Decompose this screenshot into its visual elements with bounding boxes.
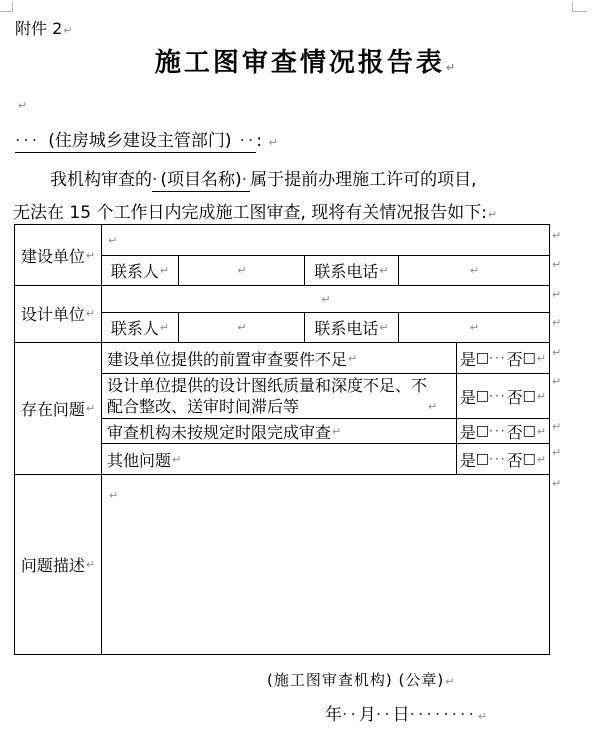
problem-text: 审查机构未按规定时限完成审查 <box>107 420 331 443</box>
space-dots: ··· <box>489 452 506 466</box>
label-text: 联系人 <box>111 316 159 339</box>
yes-checkbox[interactable]: □ <box>476 423 489 439</box>
label-text: 设计单位 <box>21 302 85 325</box>
design-unit-label-cell: 设计单位↵ <box>15 285 101 342</box>
no-checkbox[interactable]: □ <box>523 451 536 467</box>
paragraph-mark: ↵ <box>445 675 455 688</box>
paragraph-mark: ↵ <box>160 321 169 334</box>
no-label: 否 <box>507 347 523 370</box>
report-form-table: 建设单位↵ ↵ 联系人↵ ↵ 联系电话↵ ↵ 设计单位↵ ↵ 联系人↵ ↵ 联系… <box>14 224 550 655</box>
space-dots: ·· <box>376 705 393 725</box>
paragraph-mark: ↵ <box>108 234 117 247</box>
yes-checkbox[interactable]: □ <box>476 451 489 467</box>
paragraph-mark: ↵ <box>86 402 95 415</box>
intro-sentence-1: 我机构审查的·(项目名称)·属于提前办理施工许可的项目, <box>50 165 476 190</box>
row-end-mark: ↵ <box>552 446 561 459</box>
row-end-mark: ↵ <box>552 346 561 359</box>
project-name-field[interactable]: ·(项目名称)· <box>152 170 250 192</box>
design-phone-field[interactable]: ↵ <box>399 313 549 342</box>
sentence-text: 我机构审查的 <box>50 170 152 190</box>
colon: : <box>256 131 262 151</box>
description-label-cell: 问题描述↵ <box>15 474 101 654</box>
paragraph-mark: ↵ <box>428 396 437 417</box>
no-checkbox[interactable]: □ <box>523 350 536 366</box>
paragraph-mark: ↵ <box>478 710 487 723</box>
paragraph-mark: ↵ <box>348 352 357 365</box>
row-end-mark: ↵ <box>552 316 561 329</box>
contact-label-cell: 联系人↵ <box>102 313 178 342</box>
paragraph-mark: ↵ <box>268 136 277 149</box>
paragraph-mark: ↵ <box>537 352 546 365</box>
year-label: 年 <box>325 705 342 725</box>
agency-seal-line: (施工图审查机构) (公章)↵ <box>267 669 455 690</box>
problem-text: 其他问题 <box>107 448 171 471</box>
attachment-label: 附件 2↵ <box>15 16 73 39</box>
signature-text: (施工图审查机构) (公章) <box>267 671 444 689</box>
paragraph-mark: ↵ <box>470 264 479 277</box>
paragraph-mark: ↵ <box>237 321 246 334</box>
problems-label-cell: 存在问题↵ <box>15 342 101 474</box>
paragraph-mark: ↵ <box>470 321 479 334</box>
margin-crop-mark-right <box>572 2 587 12</box>
label-text: 问题描述 <box>21 553 85 576</box>
label-text: 联系电话 <box>314 316 378 339</box>
intro-sentence-2: 无法在 15 个工作日内完成施工图审查, 现将有关情况报告如下:↵ <box>13 198 497 223</box>
construction-phone-field[interactable]: ↵ <box>399 256 549 285</box>
paragraph-mark: ↵ <box>379 321 388 334</box>
row-end-mark: ↵ <box>552 420 561 433</box>
problem-text: 建设单位提供的前置审查要件不足 <box>107 347 347 370</box>
yes-checkbox[interactable]: □ <box>476 388 489 404</box>
paragraph-mark: ↵ <box>86 249 95 262</box>
title-text: 施工图审查情况报告表 <box>155 48 445 78</box>
row-end-mark: ↵ <box>552 375 561 388</box>
space-dots: ··· <box>15 131 40 151</box>
label-text: 建设单位 <box>21 244 85 267</box>
problem-row-text: 审查机构未按规定时限完成审查↵ <box>102 419 461 443</box>
space-dots: ··· <box>489 389 506 403</box>
document-page: { "page": { "attachment_label": "附件 2", … <box>0 0 613 731</box>
row-end-mark: ↵ <box>552 258 561 271</box>
row-end-mark: ↵ <box>552 229 561 242</box>
paragraph-mark: ↵ <box>63 24 72 37</box>
yes-label: 是 <box>460 420 476 443</box>
space-dots: ··· <box>489 351 506 365</box>
page-title: 施工图审查情况报告表↵ <box>0 42 613 79</box>
description-field[interactable]: ↵ <box>102 475 555 667</box>
paragraph-mark: ↵ <box>86 558 95 571</box>
attachment-text: 附件 2 <box>15 19 62 38</box>
paragraph-mark: ↵ <box>537 425 546 438</box>
department-underline-field[interactable]: ···(住房城乡建设主管部门)·· <box>15 131 256 153</box>
paragraph-mark: ↵ <box>109 489 118 502</box>
label-text: 联系人 <box>111 259 159 282</box>
yes-label: 是 <box>460 385 476 408</box>
paragraph-mark: ↵ <box>18 99 27 112</box>
paragraph-mark: ↵ <box>488 208 497 221</box>
margin-crop-mark-left <box>0 2 13 12</box>
paragraph-mark: ↵ <box>379 264 388 277</box>
space-dots: ·· <box>342 705 359 725</box>
design-unit-name-field[interactable]: ↵ <box>102 286 549 312</box>
project-placeholder: (项目名称) <box>160 170 241 190</box>
no-label: 否 <box>507 420 523 443</box>
paragraph-mark: ↵ <box>537 390 546 403</box>
no-label: 否 <box>507 385 523 408</box>
construction-unit-label-cell: 建设单位↵ <box>15 225 101 285</box>
problem-yesno-cell: 是□···否□↵ <box>457 419 549 443</box>
space-dots: ········ <box>410 705 477 725</box>
paragraph-mark: ↵ <box>172 453 181 466</box>
label-text: 联系电话 <box>314 259 378 282</box>
paragraph-mark: ↵ <box>321 293 330 306</box>
problem-yesno-cell: 是□···否□↵ <box>457 343 549 373</box>
space-dots: ·· <box>239 131 256 151</box>
phone-label-cell: 联系电话↵ <box>305 256 398 285</box>
department-blank-line: ···(住房城乡建设主管部门)··: ↵ <box>15 126 278 151</box>
department-placeholder: (住房城乡建设主管部门) <box>48 131 231 151</box>
yes-checkbox[interactable]: □ <box>476 350 489 366</box>
no-checkbox[interactable]: □ <box>523 423 536 439</box>
problem-yesno-cell: 是□···否□↵ <box>457 444 549 474</box>
month-label: 月 <box>359 705 376 725</box>
space-dot: · <box>242 170 250 190</box>
problem-text: 设计单位提供的设计图纸质量和深度不足、不 配合整改、送审时间滞后等 <box>107 375 427 417</box>
space-dots: ··· <box>489 424 506 438</box>
label-text: 存在问题 <box>21 397 85 420</box>
yes-label: 是 <box>460 448 476 471</box>
day-label: 日 <box>393 705 410 725</box>
no-label: 否 <box>507 448 523 471</box>
contact-label-cell: 联系人↵ <box>102 256 178 285</box>
empty-paragraph: ↵ <box>17 94 27 113</box>
no-checkbox[interactable]: □ <box>523 388 536 404</box>
design-contact-field[interactable]: ↵ <box>179 313 304 342</box>
paragraph-mark: ↵ <box>537 453 546 466</box>
sentence-text: 无法在 15 个工作日内完成施工图审查, 现将有关情况报告如下: <box>13 203 487 223</box>
problem-row-text: 建设单位提供的前置审查要件不足↵ <box>102 343 461 373</box>
sentence-text: 属于提前办理施工许可的项目, <box>250 170 476 190</box>
paragraph-mark: ↵ <box>446 61 458 74</box>
row-end-mark: ↵ <box>552 477 561 490</box>
construction-contact-field[interactable]: ↵ <box>179 256 304 285</box>
paragraph-mark: ↵ <box>86 307 95 320</box>
paragraph-mark: ↵ <box>332 425 341 438</box>
paragraph-mark: ↵ <box>237 264 246 277</box>
yes-label: 是 <box>460 347 476 370</box>
construction-unit-name-field[interactable]: ↵ <box>102 225 554 255</box>
row-end-mark: ↵ <box>552 288 561 301</box>
date-line: 年··月··日········↵ <box>325 700 487 725</box>
phone-label-cell: 联系电话↵ <box>305 313 398 342</box>
paragraph-mark: ↵ <box>160 264 169 277</box>
problem-row-text: 其他问题↵ <box>102 444 461 474</box>
problem-row-text: 设计单位提供的设计图纸质量和深度不足、不 配合整改、送审时间滞后等↵ <box>102 374 461 419</box>
problem-yesno-cell: 是□···否□↵ <box>457 374 549 418</box>
